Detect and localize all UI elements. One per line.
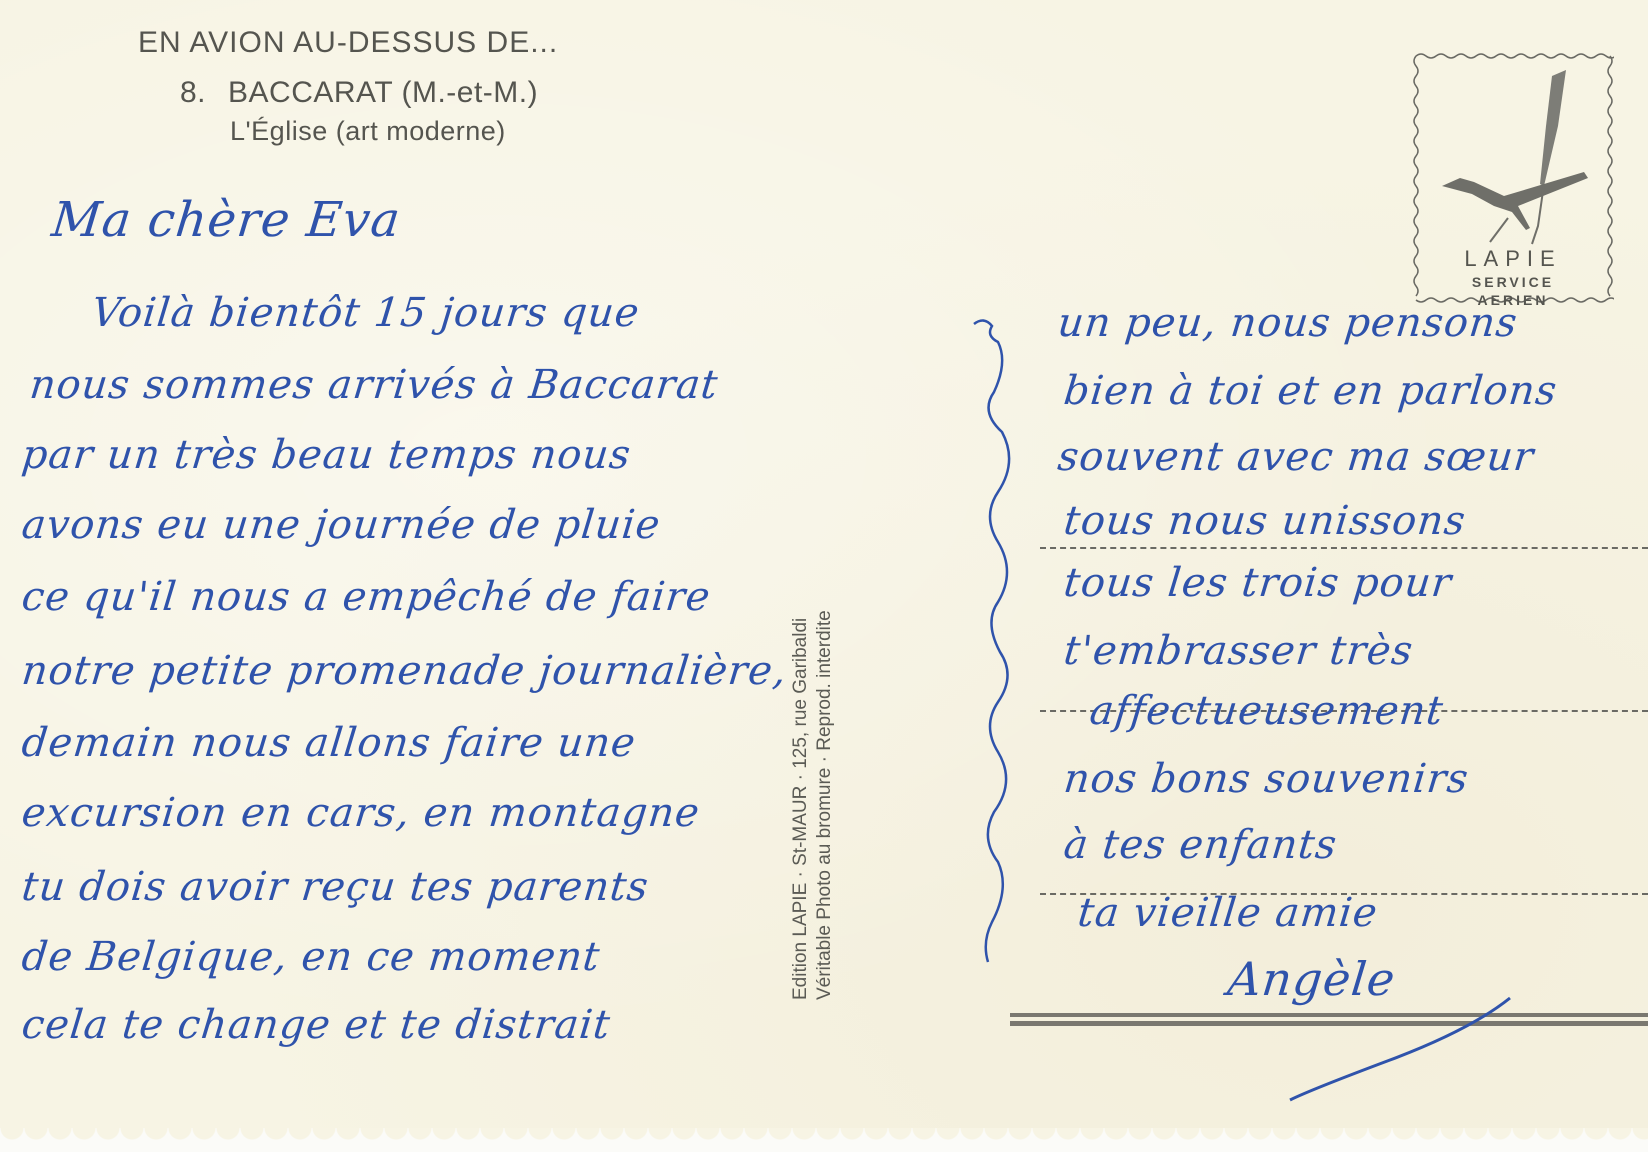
message-line: de Belgique, en ce moment [20, 934, 603, 980]
message-line: nous sommes arrivés à Baccarat [28, 362, 721, 408]
message-line: Ma chère Eva [49, 192, 403, 248]
message-line: affectueusement [1088, 688, 1446, 734]
caption-line-1: EN AVION AU-DESSUS DE... [138, 26, 558, 60]
signature-flourish-icon [1270, 990, 1530, 1110]
message-line: ta vieille amie [1076, 890, 1381, 936]
publisher-line-1: Edition LAPIE · St-MAUR · 125, rue Garib… [790, 618, 812, 1000]
bird-icon [1434, 66, 1594, 246]
message-line: bien à toi et en parlons [1062, 368, 1560, 414]
message-line: demain nous allons faire une [20, 720, 639, 766]
message-line: notre petite promenade journalière, [20, 648, 790, 694]
message-line: cela te change et te distrait [20, 1002, 613, 1048]
message-line: un peu, nous pensons [1056, 300, 1520, 346]
postcard-back: EN AVION AU-DESSUS DE... 8.BACCARAT (M.-… [0, 0, 1648, 1142]
message-line: avons eu une journée de pluie [20, 502, 663, 548]
message-line: par un très beau temps nous [20, 432, 634, 478]
message-line: tous nous unissons [1062, 498, 1469, 544]
scalloped-edge [0, 1128, 1648, 1152]
divider-squiggle-icon [960, 310, 1030, 990]
stamp-brand: LAPIE [1412, 246, 1614, 272]
message-line: excursion en cars, en montagne [20, 790, 703, 836]
message-line: ce qu'il nous a empêché de faire [20, 574, 713, 620]
message-line: à tes enfants [1062, 822, 1340, 868]
publisher-line-2: Véritable Photo au bromure · Reprod. int… [814, 610, 836, 1000]
message-line: Voilà bientôt 15 jours que [90, 290, 642, 336]
address-line [1040, 547, 1648, 549]
message-line: nos bons souvenirs [1062, 756, 1471, 802]
stamp-service: SERVICE [1412, 274, 1614, 290]
caption-place: 8.BACCARAT (M.-et-M.) [180, 76, 538, 110]
stamp-box: LAPIE SERVICE AERIEN [1412, 52, 1614, 304]
message-line: souvent avec ma sœur [1056, 434, 1537, 480]
message-line: tous les trois pour [1062, 560, 1455, 606]
caption-place-name: BACCARAT (M.-et-M.) [228, 76, 538, 109]
caption-number: 8. [180, 76, 206, 109]
message-line: t'embrasser très [1062, 628, 1416, 674]
caption-subject: L'Église (art moderne) [230, 116, 506, 147]
message-line: tu dois avoir reçu tes parents [20, 864, 652, 910]
